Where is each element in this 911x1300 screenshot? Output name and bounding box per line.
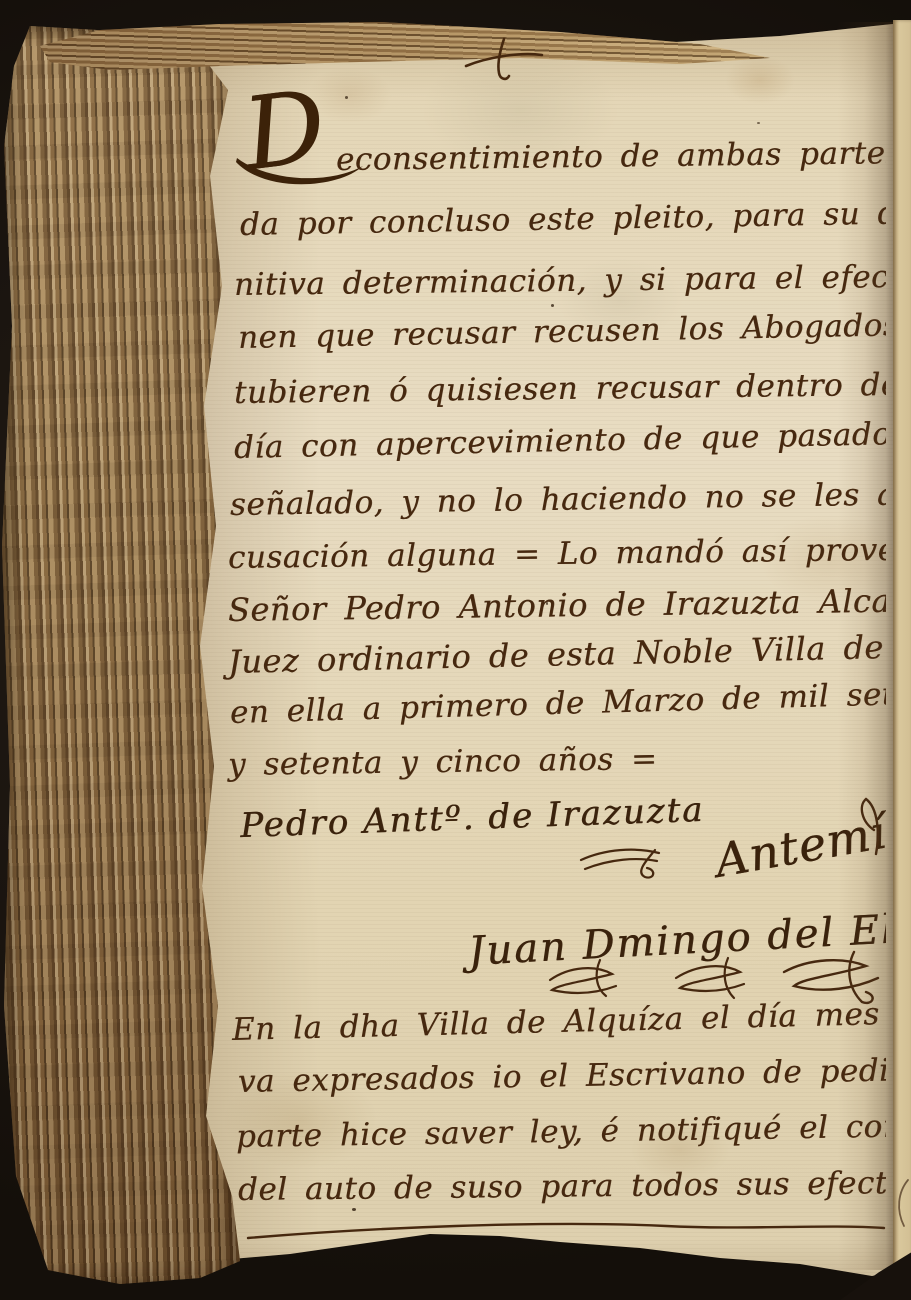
manuscript-line: del auto de suso para todos sus efectos … <box>238 1162 886 1210</box>
closing-rule <box>246 1214 886 1244</box>
cross-mark-icon <box>462 34 546 88</box>
manuscript-line: nen que recusar recusen los Abogados que <box>238 304 886 358</box>
gutter-shadow <box>838 22 896 1270</box>
manuscript-line: tubieren ó quisiesen recusar dentro de s… <box>234 363 886 413</box>
handwritten-text: D econsentimiento de ambas partes se da … <box>0 0 886 1258</box>
manuscript-line: señalado, y no lo haciendo no se les adm… <box>230 472 886 525</box>
manuscript-line: parte hice saver ley, é notifiqué el con… <box>236 1105 886 1157</box>
ink-speck <box>551 304 554 307</box>
manuscript-photo: D econsentimiento de ambas partes se da … <box>0 0 911 1300</box>
signature-rubric <box>575 832 667 884</box>
ink-speck <box>757 122 760 124</box>
page-fold-strip <box>893 20 911 1272</box>
manuscript-line: va expresados io el Escrivano de pedimen… <box>238 1048 886 1102</box>
manuscript-line: día con apercevimiento de que pasado el … <box>234 410 886 468</box>
manuscript-line: econsentimiento de ambas partes se <box>336 132 886 180</box>
manuscript-line: y setenta y cinco años = <box>228 739 658 785</box>
page-curl-mark <box>893 1178 911 1230</box>
manuscript-line: Juez ordinario de esta Noble Villa de Al… <box>228 624 886 684</box>
ink-speck <box>345 96 348 99</box>
ink-speck <box>546 602 548 605</box>
manuscript-line: Señor Pedro Antonio de Irazuzta Alcalde … <box>228 580 886 632</box>
manuscript-line: cusación alguna = Lo mandó así proveyó y… <box>228 527 886 578</box>
manuscript-line: nitiva determinación, y si para el efect… <box>234 256 886 305</box>
ink-speck <box>352 1208 356 1211</box>
manuscript-line: da por concluso este pleito, para su dif… <box>240 193 886 245</box>
